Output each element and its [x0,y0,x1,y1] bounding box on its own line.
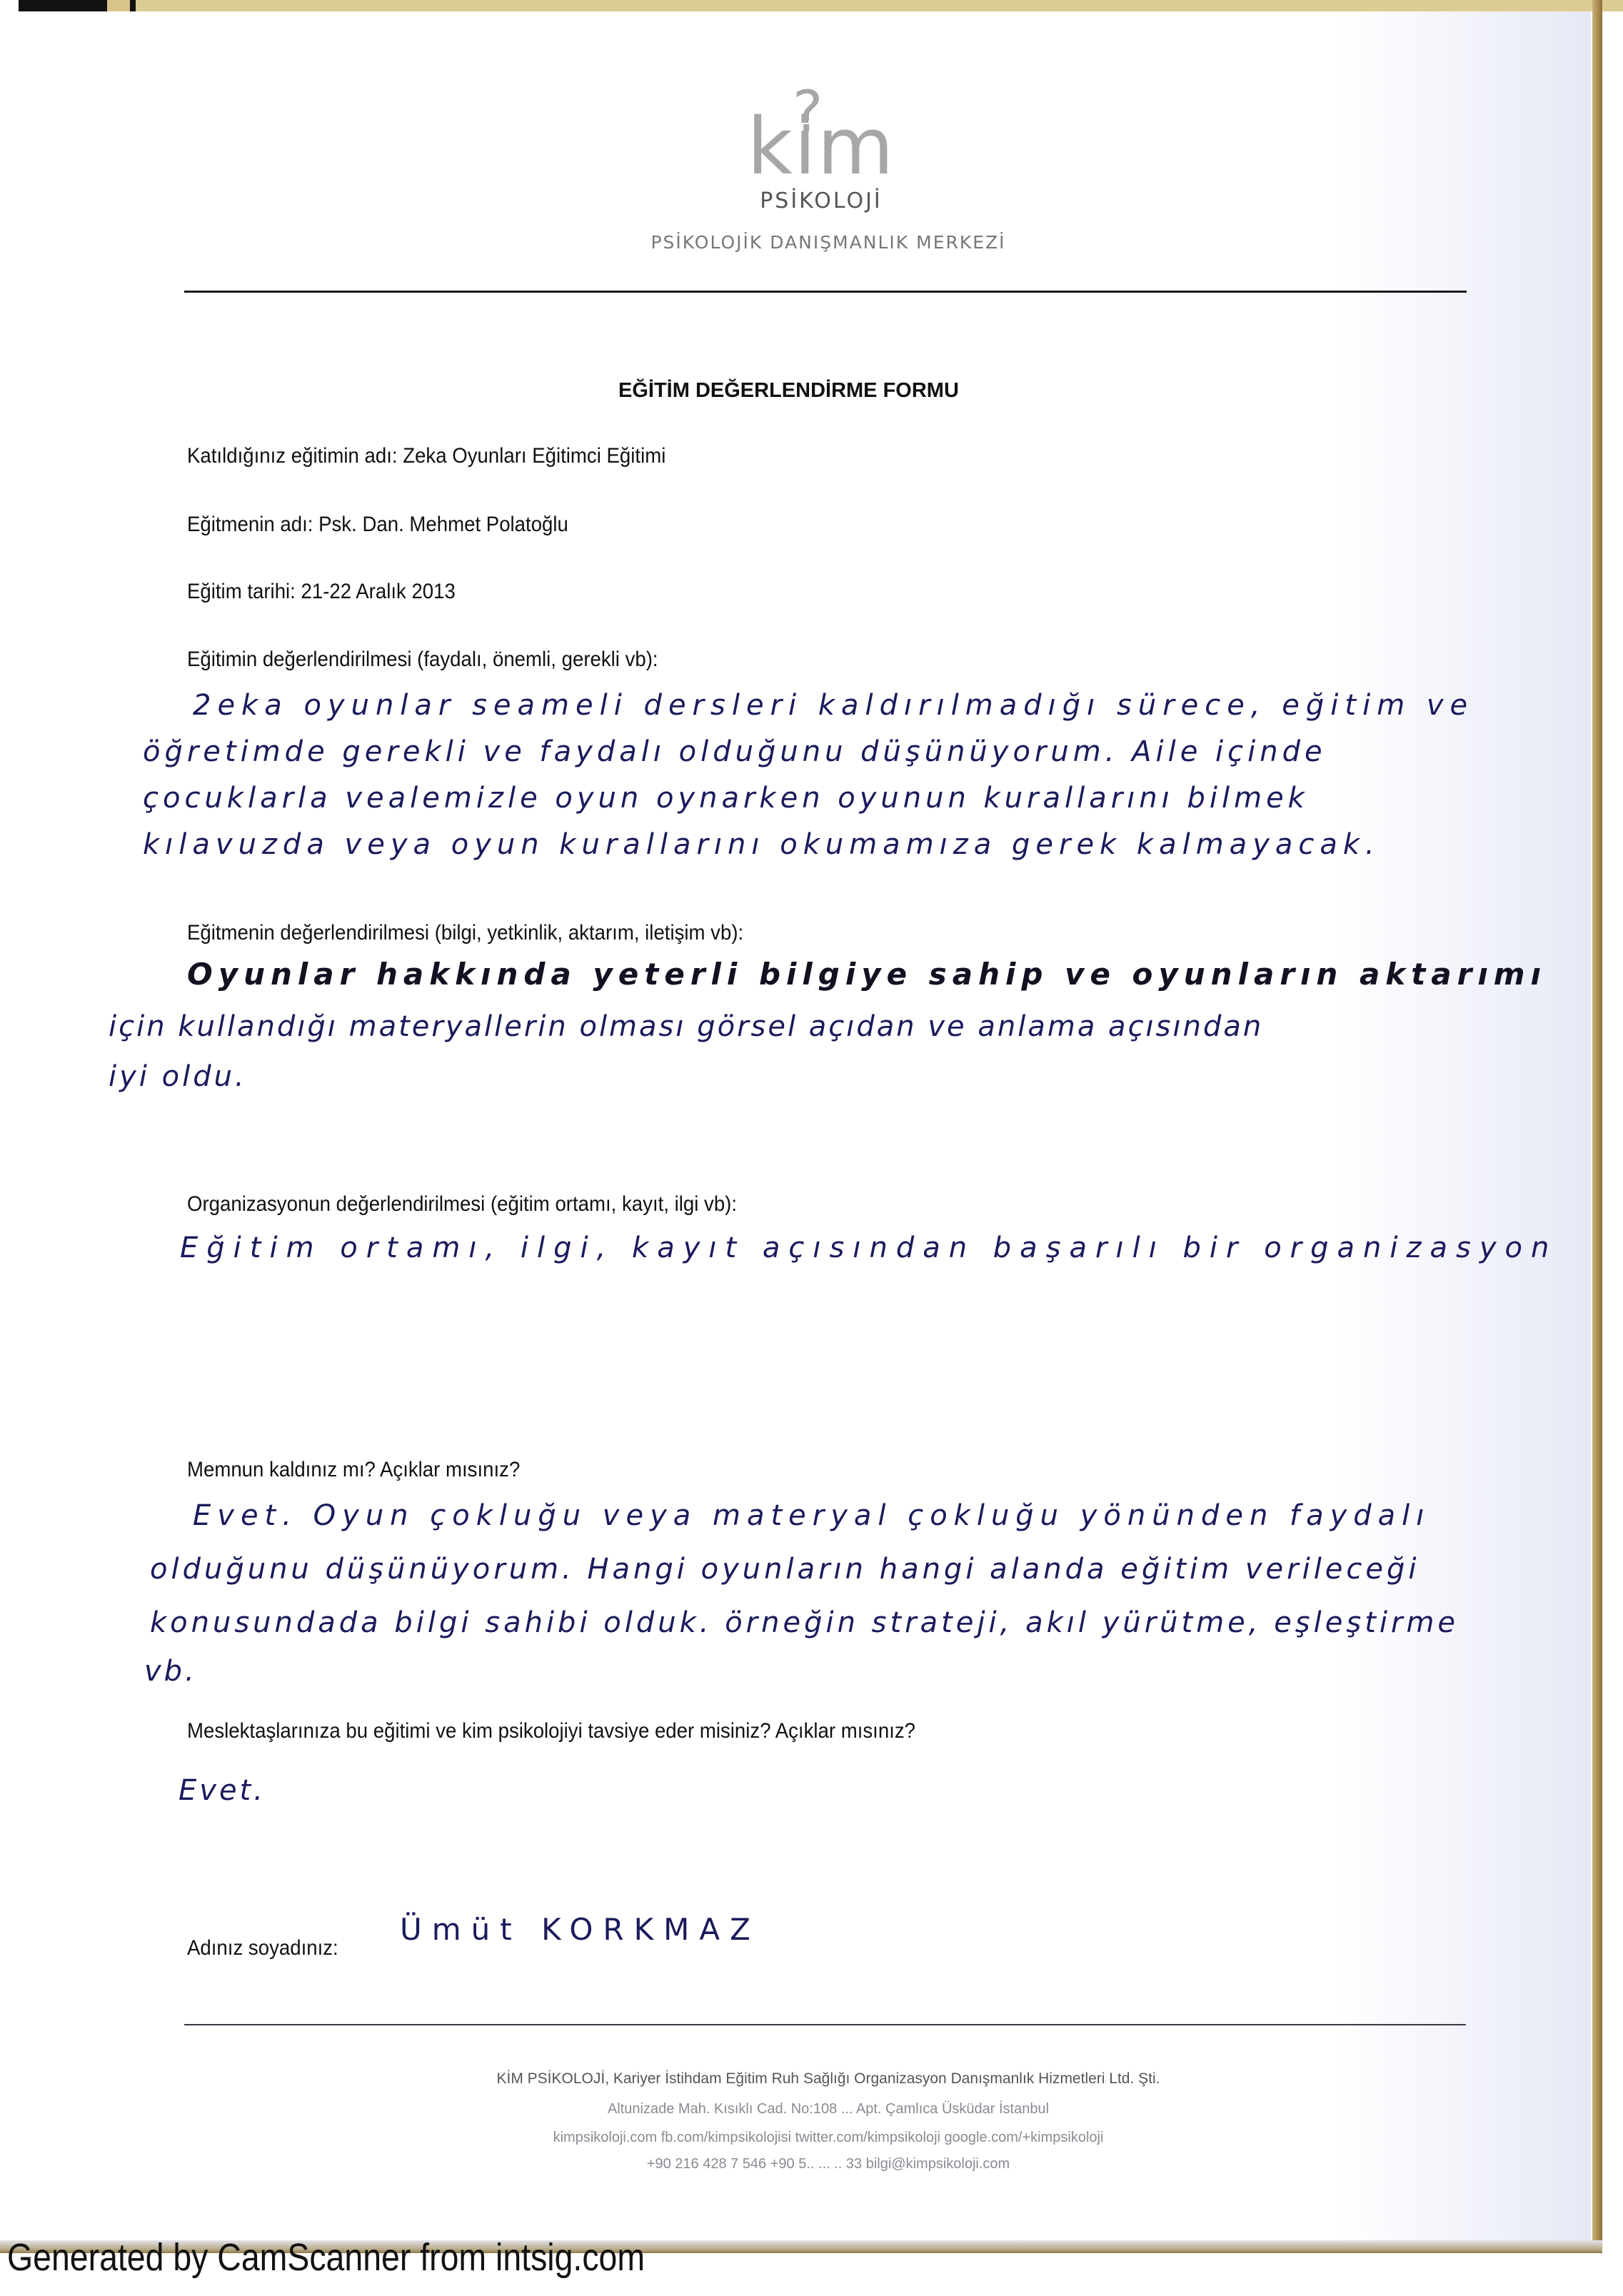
footer-divider [184,2024,1466,2025]
answer-line: Evet. Oyun çokluğu veya materyal çokluğu… [193,1499,1430,1532]
answer-line: Evet. [179,1774,266,1807]
question-recommendation: Meslektaşlarınıza bu eğitimi ve kim psik… [187,1719,915,1743]
logo-subtitle: PSİKOLOJİK DANIŞMANLIK MERKEZİ [600,232,1057,253]
header-divider [184,291,1467,293]
form-title: EĞİTİM DEĞERLENDİRME FORMU [618,379,959,403]
question-organization-evaluation: Organizasyonun değerlendirilmesi (eğitim… [187,1192,737,1217]
question-satisfaction: Memnun kaldınız mı? Açıklar mısınız? [187,1458,520,1482]
name-value: Ümüt KORKMAZ [400,1912,760,1947]
answer-line: iyi oldu. [109,1060,247,1093]
logo-name: PSİKOLOJİ [714,188,928,213]
answer-line: öğretimde gerekli ve faydalı olduğunu dü… [143,735,1327,768]
question-training-evaluation: Eğitimin değerlendirilmesi (faydalı, öne… [187,648,658,672]
scan-right-edge [1592,0,1602,2252]
answer-line: için kullandığı materyallerin olması gör… [109,1010,1263,1043]
answer-line: çocuklarla vealemizle oyun oynarken oyun… [143,782,1309,815]
logo-question-icon: ? [793,73,824,151]
footer-address: Altunizade Mah. Kısıklı Cad. No:108 ... … [336,2101,1321,2118]
footer-web: kimpsikoloji.com fb.com/kimpsikolojisi t… [336,2130,1321,2146]
company-logo: kim ? PSİKOLOJİ [714,107,928,213]
answer-line: Eğitim ortamı, ilgi, kayıt açısından baş… [180,1232,1557,1264]
answer-line: vb. [144,1655,197,1688]
name-label: Adınız soyadınız: [187,1936,338,1960]
trainer-name-field: Eğitmenin adı: Psk. Dan. Mehmet Polatoğl… [187,513,568,537]
answer-line: olduğunu düşünüyorum. Hangi oyunların ha… [150,1553,1420,1586]
answer-line: konusundada bilgi sahibi olduk. örneğin … [150,1606,1459,1639]
answer-line: kılavuzda veya oyun kurallarını okumamız… [143,828,1380,861]
footer-company: KİM PSİKOLOJİ, Kariyer İstihdam Eğitim R… [336,2070,1321,2088]
logo-mark: kim ? [714,107,928,186]
answer-line: 2eka oyunlar seameli dersleri kaldırılma… [193,689,1474,722]
question-trainer-evaluation: Eğitmenin değerlendirilmesi (bilgi, yetk… [187,921,743,945]
answer-line: Oyunlar hakkında yeterli bilgiye sahip v… [187,957,1547,992]
training-date-field: Eğitim tarihi: 21-22 Aralık 2013 [187,580,456,604]
scanned-paper [0,10,1591,2253]
footer-contact: +90 216 428 7 546 +90 5.. ... .. 33 bilg… [336,2156,1321,2172]
training-name-field: Katıldığınız eğitimin adı: Zeka Oyunları… [187,444,665,468]
scan-top-edge [0,0,1623,11]
camscanner-watermark: Generated by CamScanner from intsig.com [7,2235,645,2280]
